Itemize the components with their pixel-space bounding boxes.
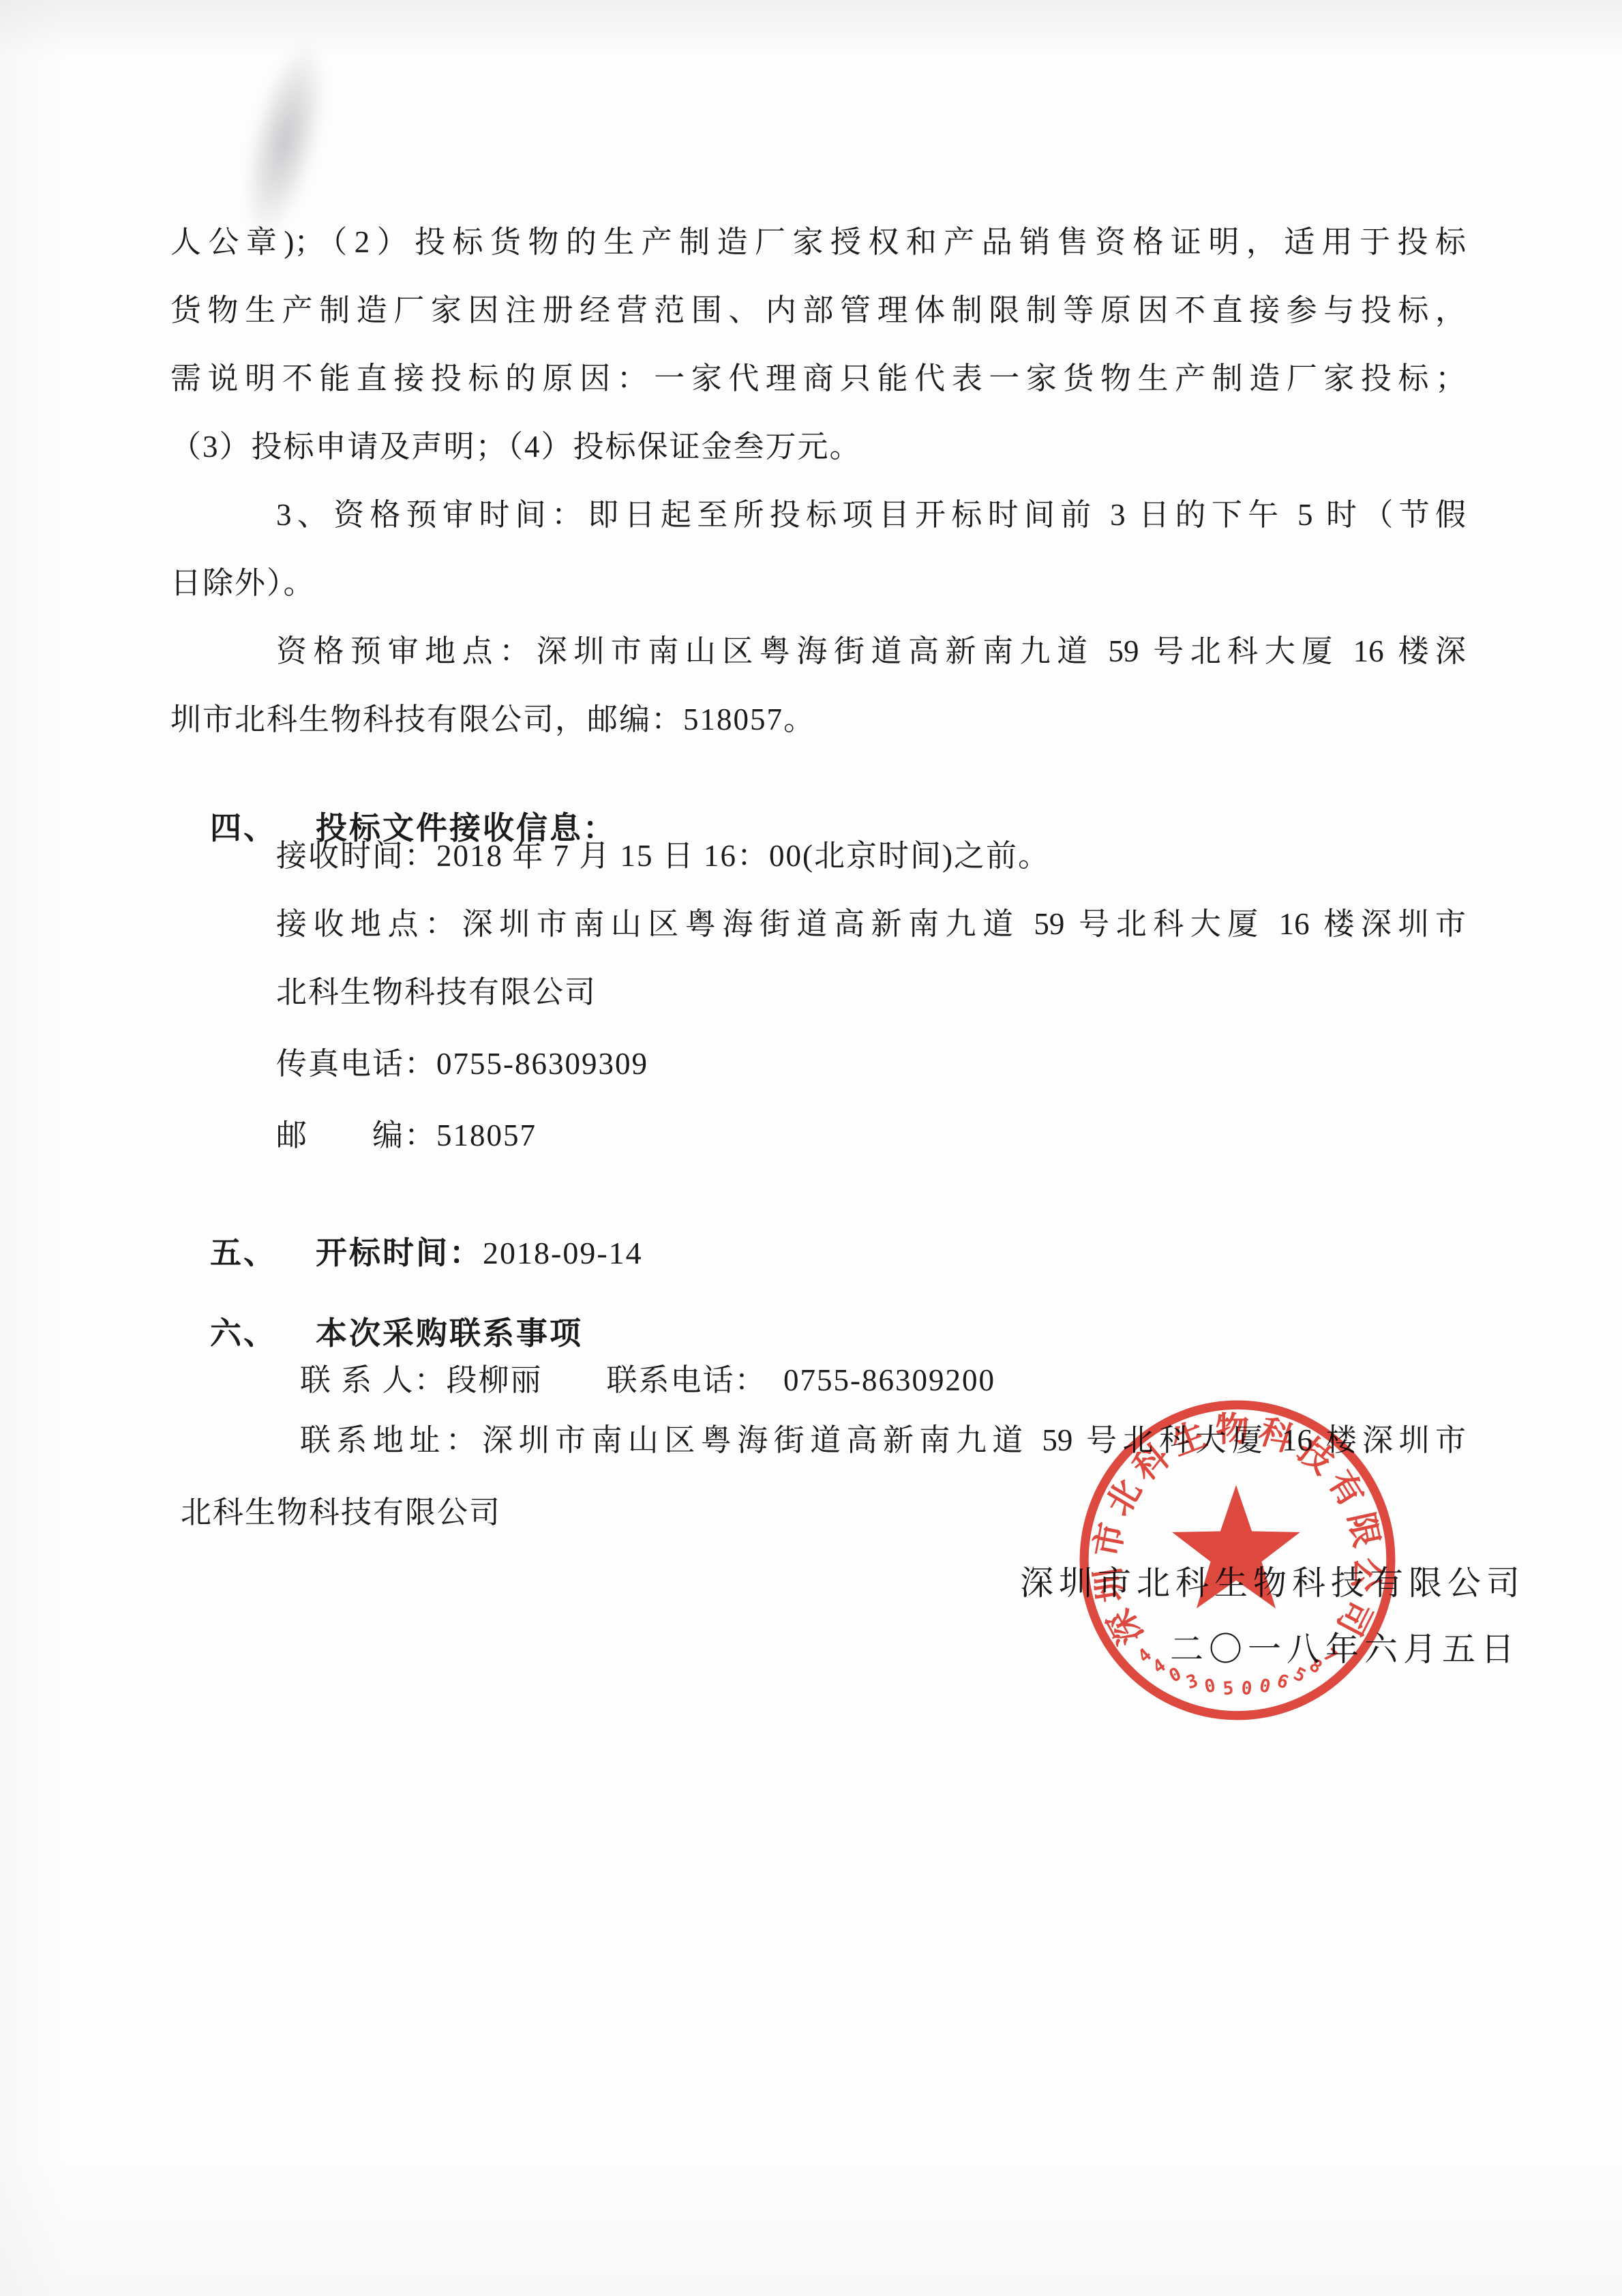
text-line: 接收时间：2018 年 7 月 15 日 16：00(北京时间)之前。 bbox=[276, 835, 1050, 876]
section-6-title: 本次采购联系事项 bbox=[316, 1316, 583, 1351]
text-line: 资格预审地点：深圳市南山区粤海街道高新南九道 59 号北科大厦 16 楼深 bbox=[276, 631, 1466, 672]
text-line: 人公章)；（2）投标货物的生产制造厂家授权和产品销售资格证明，适用于投标 bbox=[170, 222, 1466, 263]
seal-digit: 4 bbox=[1150, 1655, 1170, 1678]
section-5-title: 开标时间： bbox=[316, 1236, 483, 1270]
scan-smudge bbox=[227, 32, 343, 247]
seal-number: 440305006587 bbox=[1135, 1645, 1341, 1699]
text-line: 日除外）。 bbox=[170, 563, 316, 603]
opening-date-value: 2018-09-14 bbox=[483, 1236, 643, 1270]
text-line: 圳市北科生物科技有限公司，邮编：518057。 bbox=[170, 699, 815, 740]
scan-tint-overlay bbox=[0, 0, 1622, 2296]
text-line: 北科生物科技有限公司 bbox=[276, 972, 597, 1013]
star-icon bbox=[1172, 1485, 1300, 1609]
fax-line: 传真电话：0755-86309309 bbox=[276, 1043, 648, 1084]
section-6-number: 六、 bbox=[210, 1313, 316, 1354]
seal-digit: 0 bbox=[1166, 1664, 1185, 1687]
seal-digit: 5 bbox=[1222, 1678, 1235, 1699]
contact-address-line-2: 北科生物科技有限公司 bbox=[181, 1492, 501, 1533]
seal-digit: 0 bbox=[1258, 1675, 1272, 1698]
postcode-line: 邮 编：518057 bbox=[276, 1115, 537, 1156]
seal-digit: 5 bbox=[1290, 1664, 1309, 1687]
section-5-number: 五、 bbox=[210, 1233, 316, 1274]
text-line: 货物生产制造厂家因注册经营范围、内部管理体制限制等原因不直接参与投标， bbox=[170, 290, 1466, 331]
text-line: （3）投标申请及声明；（4）投标保证金叁万元。 bbox=[170, 426, 862, 467]
text-line: 接收地点：深圳市南山区粤海街道高新南九道 59 号北科大厦 16 楼深圳市 bbox=[276, 904, 1466, 944]
seal-digit: 0 bbox=[1241, 1678, 1253, 1699]
text-line: 需说明不能直接投标的原因：一家代理商只能代表一家货物生产制造厂家投标； bbox=[170, 358, 1466, 399]
document-page: 人公章)；（2）投标货物的生产制造厂家授权和产品销售资格证明，适用于投标 货物生… bbox=[0, 0, 1622, 2296]
seal-digit: 0 bbox=[1203, 1675, 1217, 1698]
seal-graphic: 深圳市北科生物科技有限公司 440305006587 bbox=[1076, 1397, 1399, 1724]
company-seal: 深圳市北科生物科技有限公司 440305006587 bbox=[1076, 1397, 1399, 1724]
seal-digit: 3 bbox=[1184, 1671, 1201, 1694]
seal-digit: 6 bbox=[1274, 1671, 1291, 1694]
text-line: 3、资格预审时间：即日起至所投标项目开标时间前 3 日的下午 5 时（节假 bbox=[276, 494, 1466, 535]
contact-person-line: 联 系 人：段柳丽 联系电话： 0755-86309200 bbox=[300, 1360, 995, 1401]
